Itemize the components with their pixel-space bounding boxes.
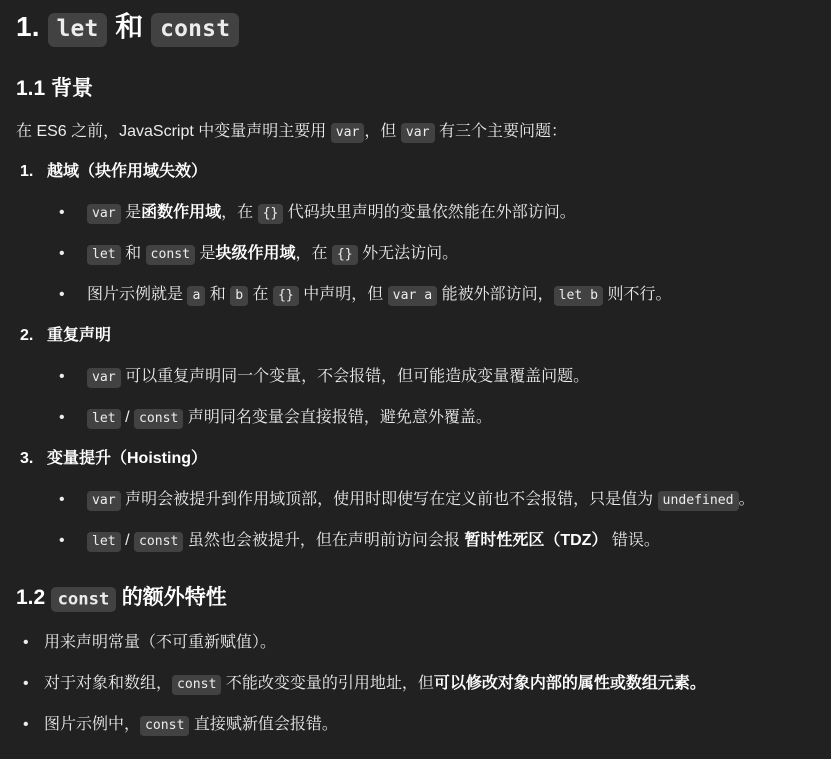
inline-code: {}: [273, 286, 299, 305]
bullet-item: let 和 const 是块级作用域，在 {} 外无法访问。: [47, 240, 825, 268]
text-run: 是: [121, 204, 141, 221]
inline-code: let: [48, 13, 108, 47]
inline-code: const: [134, 532, 183, 551]
document: 1. let 和 const1.1 背景在 ES6 之前，JavaScript …: [0, 0, 831, 759]
bold-text: 可以修改对象内部的属性或数组元素。: [434, 675, 706, 692]
inline-code: {}: [332, 245, 358, 264]
text-run: 则不行。: [603, 286, 671, 303]
inline-code: let: [87, 245, 121, 264]
text-run: 图片示例就是: [87, 286, 187, 303]
inline-code: var a: [388, 286, 437, 305]
text-run: 是: [195, 245, 215, 262]
nested-bullet-list: var 可以重复声明同一个变量，不会报错，但可能造成变量覆盖问题。let / c…: [47, 363, 825, 432]
bold-text: 块级作用域: [215, 245, 295, 262]
inline-code: a: [187, 286, 205, 305]
inline-code: var: [401, 123, 435, 142]
text-run: 和: [121, 245, 146, 262]
text-run: 。: [739, 491, 755, 508]
inline-code: const: [51, 587, 116, 613]
text-run: 的额外特性: [116, 586, 227, 609]
text-run: 在 ES6 之前，JavaScript 中变量声明主要用: [16, 123, 331, 140]
inline-code: let b: [554, 286, 603, 305]
text-run: 1.1 背景: [16, 77, 93, 100]
page-title: 1. let 和 const: [16, 8, 825, 46]
ordered-item-title: 重复声明: [47, 322, 825, 350]
ordered-item-title: 变量提升（Hoisting）: [47, 445, 825, 473]
text-run: 代码块里声明的变量依然能在外部访问。: [283, 204, 575, 221]
text-run: 声明同名变量会直接报错，避免意外覆盖。: [183, 409, 491, 426]
bold-text: 重复声明: [47, 327, 111, 344]
bullet-item: 图片示例中，const 直接赋新值会报错。: [16, 711, 825, 739]
text-run: 对于对象和数组，: [44, 675, 172, 692]
text-run: 和: [205, 286, 230, 303]
text-run: 直接赋新值会报错。: [189, 716, 337, 733]
inline-code: let: [87, 409, 121, 428]
intro-paragraph: 在 ES6 之前，JavaScript 中变量声明主要用 var，但 var 有…: [16, 118, 825, 146]
text-run: 图片示例中，: [44, 716, 140, 733]
ordered-item-title: 越域（块作用域失效）: [47, 158, 825, 186]
section-heading-background: 1.1 背景: [16, 74, 825, 104]
ordered-item-body: 越域（块作用域失效）var 是函数作用域，在 {} 代码块里声明的变量依然能在外…: [47, 158, 825, 309]
text-run: 不能改变变量的引用地址，但: [221, 675, 433, 692]
ordered-list-item: 1.越域（块作用域失效）var 是函数作用域，在 {} 代码块里声明的变量依然能…: [16, 158, 825, 309]
bullet-item: 对于对象和数组，const 不能改变变量的引用地址，但可以修改对象内部的属性或数…: [16, 670, 825, 698]
text-run: 可以重复声明同一个变量，不会报错，但可能造成变量覆盖问题。: [121, 368, 589, 385]
inline-code: const: [172, 675, 221, 694]
bullet-item: 图片示例就是 a 和 b 在 {} 中声明，但 var a 能被外部访问，let…: [47, 281, 825, 309]
ordered-list-item: 3.变量提升（Hoisting）var 声明会被提升到作用域顶部，使用时即使写在…: [16, 445, 825, 555]
text-run: 外无法访问。: [358, 245, 458, 262]
text-run: 1.: [16, 11, 48, 42]
bullet-item: let / const 声明同名变量会直接报错，避免意外覆盖。: [47, 404, 825, 432]
ordered-item-body: 重复声明var 可以重复声明同一个变量，不会报错，但可能造成变量覆盖问题。let…: [47, 322, 825, 432]
inline-code: var: [87, 368, 121, 387]
text-run: 在: [248, 286, 273, 303]
text-run: 有三个主要问题：: [435, 123, 567, 140]
const-features-list: 用来声明常量（不可重新赋值）。对于对象和数组，const 不能改变变量的引用地址…: [16, 629, 825, 739]
inline-code: const: [146, 245, 195, 264]
nested-bullet-list: var 声明会被提升到作用域顶部，使用时即使写在定义前也不会报错，只是值为 un…: [47, 486, 825, 555]
text-run: 声明会被提升到作用域顶部，使用时即使写在定义前也不会报错，只是值为: [121, 491, 658, 508]
list-number: 3.: [20, 445, 47, 473]
bullet-item: let / const 虽然也会被提升，但在声明前访问会报 暂时性死区（TDZ）…: [47, 527, 825, 555]
bold-text: 变量提升（Hoisting）: [47, 450, 207, 467]
text-run: 和: [107, 11, 151, 42]
text-run: ，在: [221, 204, 257, 221]
inline-code: {}: [258, 204, 284, 223]
inline-code: b: [230, 286, 248, 305]
list-number: 1.: [20, 158, 47, 186]
text-run: 用来声明常量（不可重新赋值）。: [44, 634, 276, 651]
inline-code: const: [134, 409, 183, 428]
inline-code: let: [87, 532, 121, 551]
nested-bullet-list: var 是函数作用域，在 {} 代码块里声明的变量依然能在外部访问。let 和 …: [47, 199, 825, 309]
text-run: ，但: [364, 123, 400, 140]
inline-code: var: [87, 204, 121, 223]
bullet-item: var 声明会被提升到作用域顶部，使用时即使写在定义前也不会报错，只是值为 un…: [47, 486, 825, 514]
section-heading-const-features: 1.2 const 的额外特性: [16, 583, 825, 613]
bold-text: 函数作用域: [141, 204, 221, 221]
bullet-item: var 可以重复声明同一个变量，不会报错，但可能造成变量覆盖问题。: [47, 363, 825, 391]
text-run: 1.2: [16, 586, 51, 609]
inline-code: var: [331, 123, 365, 142]
ordered-item-body: 变量提升（Hoisting）var 声明会被提升到作用域顶部，使用时即使写在定义…: [47, 445, 825, 555]
inline-code: undefined: [658, 491, 739, 510]
text-run: 虽然也会被提升，但在声明前访问会报: [183, 532, 464, 549]
text-run: 错误。: [607, 532, 659, 549]
inline-code: var: [87, 491, 121, 510]
bullet-item: var 是函数作用域，在 {} 代码块里声明的变量依然能在外部访问。: [47, 199, 825, 227]
inline-code: const: [140, 716, 189, 735]
text-run: 能被外部访问，: [437, 286, 553, 303]
text-run: /: [121, 532, 134, 549]
text-run: /: [121, 409, 134, 426]
ordered-list-item: 2.重复声明var 可以重复声明同一个变量，不会报错，但可能造成变量覆盖问题。l…: [16, 322, 825, 432]
bullet-item: 用来声明常量（不可重新赋值）。: [16, 629, 825, 657]
text-run: 中声明，但: [299, 286, 388, 303]
inline-code: const: [151, 13, 239, 47]
document-body: 1. let 和 const1.1 背景在 ES6 之前，JavaScript …: [16, 8, 825, 739]
list-number: 2.: [20, 322, 47, 350]
problems-ordered-list: 1.越域（块作用域失效）var 是函数作用域，在 {} 代码块里声明的变量依然能…: [16, 158, 825, 555]
bold-text: 暂时性死区（TDZ）: [464, 532, 607, 549]
text-run: ，在: [295, 245, 331, 262]
bold-text: 越域（块作用域失效）: [47, 163, 207, 180]
